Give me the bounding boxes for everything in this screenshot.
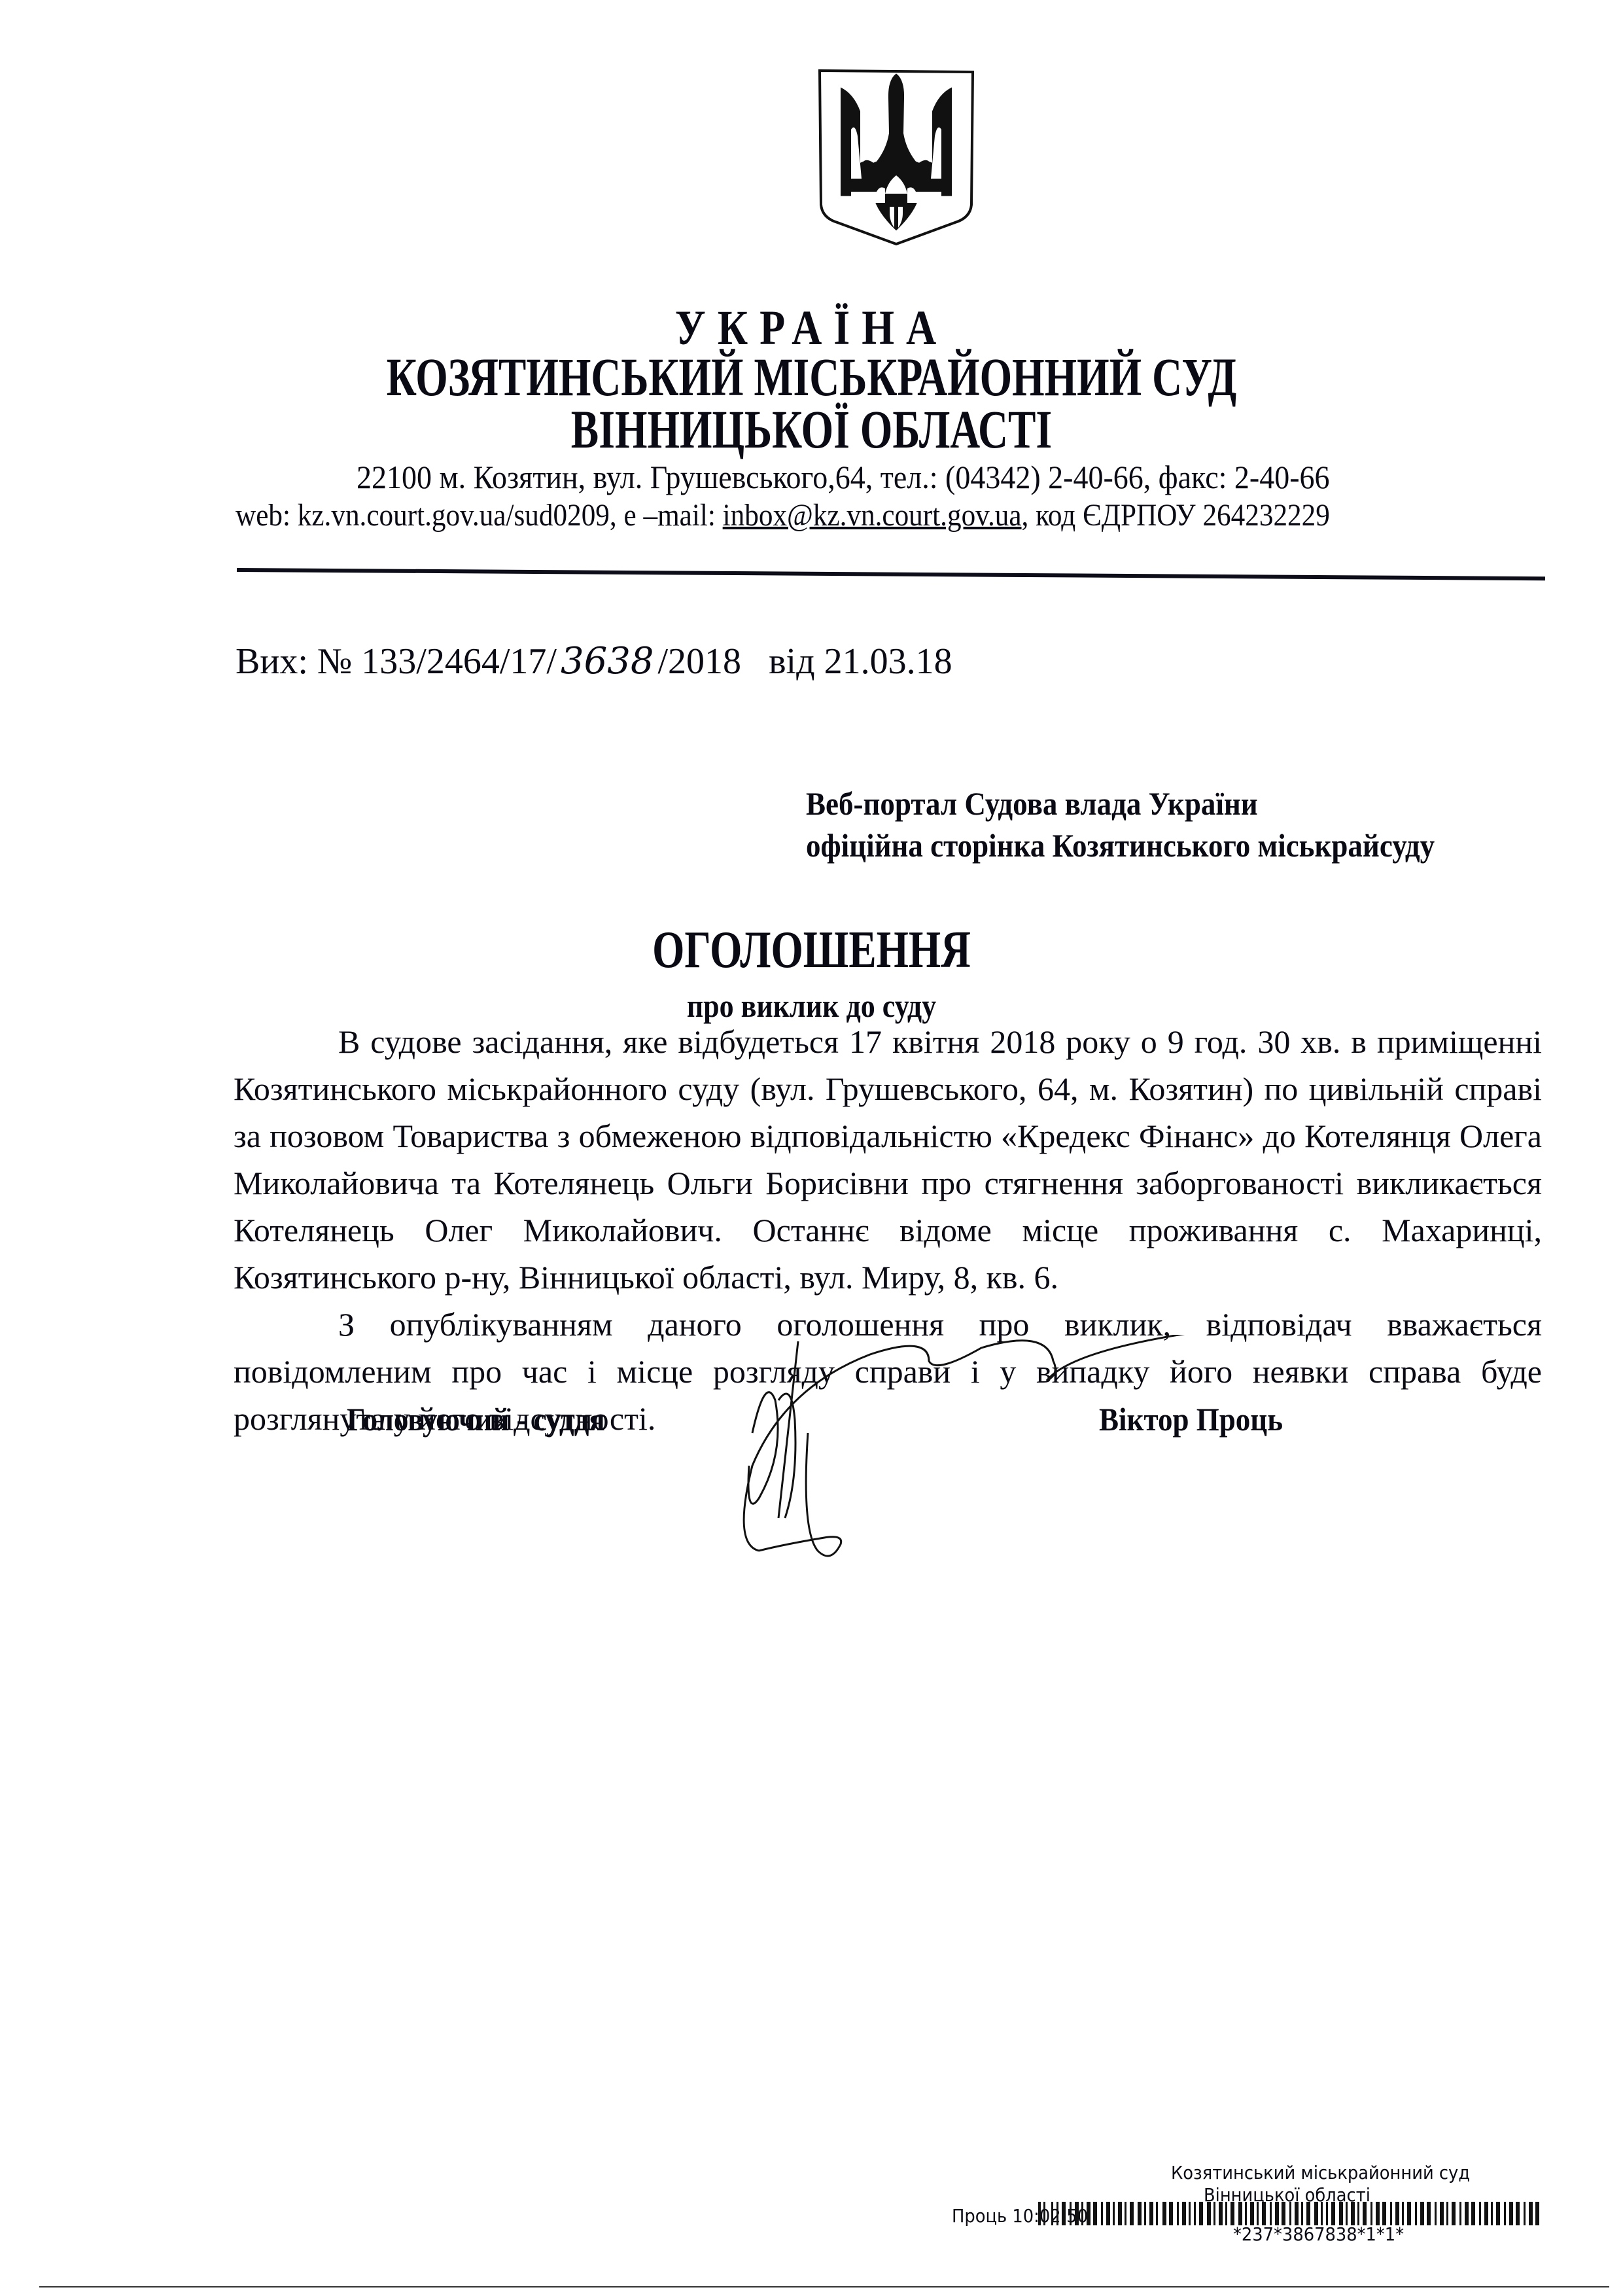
outgoing-suffix: /2018 [658,641,742,682]
notice-paragraph: В судове засідання, яке відбудеться 17 к… [234,1018,1542,1301]
website: web: kz.vn.court.gov.ua/sud0209, е –mail… [236,498,723,533]
barcode-icon [1038,2202,1541,2225]
email-link[interactable]: inbox@kz.vn.court.gov.ua [723,498,1022,533]
barcode-text: *237*3867838*1*1* [1233,2223,1404,2245]
page-edge-line [39,2286,1609,2287]
outgoing-date: 21.03.18 [824,641,952,682]
court-address: 22100 м. Козятин, вул. Грушевського,64, … [357,458,1330,496]
addressee: Веб-портал Судова влада України офіційна… [806,783,1435,866]
stamp-court-line1: Козятинський міськрайонний суд [1171,2162,1470,2183]
outgoing-prefix: Вих: № 133/2464/17/ [236,641,557,682]
edrpou-code: , код ЄДРПОУ 264232229 [1022,498,1330,533]
date-label: від [769,641,815,682]
court-contacts: web: kz.vn.court.gov.ua/sud0209, е –mail… [236,497,1330,533]
judge-role: Головуючий - суддя [347,1400,605,1438]
addressee-line2: офіційна сторінка Козятинського міськрай… [806,824,1435,866]
handwritten-number: 3638 [561,640,654,682]
court-name-line2: ВІННИЦЬКОЇ ОБЛАСТІ [114,399,1510,461]
trident-coat-of-arms-icon [814,64,978,254]
header-divider [237,568,1545,580]
handwritten-signature-icon [654,1335,1276,1570]
outgoing-number: Вих: № 133/2464/17/3638/2018 від 21.03.1… [236,640,952,682]
addressee-line1: Веб-портал Судова влада України [806,783,1435,824]
notice-title: ОГОЛОШЕННЯ [97,919,1526,980]
